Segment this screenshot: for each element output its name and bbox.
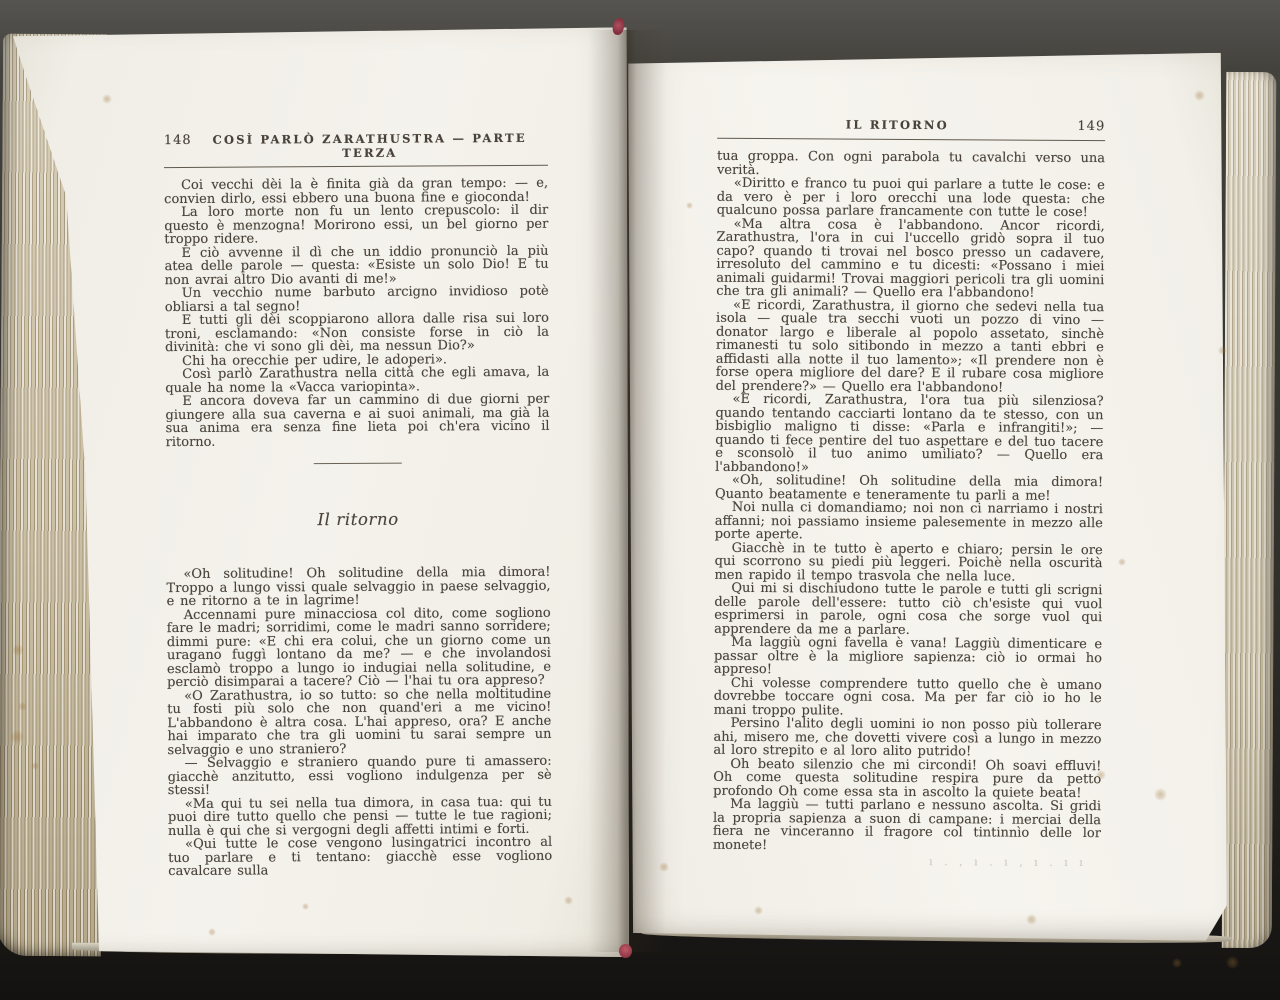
right-page: IL RITORNO 149 tua groppa. Con ogni para… [626,51,1229,941]
right-running-head: IL RITORNO 149 [717,117,1105,134]
section-divider-rule [314,463,402,465]
right-body: tua groppa. Con ogni parabola tu cavalch… [713,150,1105,854]
left-page-number: 148 [164,133,192,148]
paragraph: «Oh solitudine! Oh solitudine della mia … [166,566,550,609]
paragraph: tua groppa. Con ogni parabola tu cavalch… [717,150,1105,179]
paragraph: — Selvaggio e straniero quando pure ti a… [168,755,552,798]
paragraph: «E ricordi, Zarathustra, il giorno che s… [716,298,1105,395]
paragraph: Ma laggiù — tutti parlano e nessuno asco… [713,798,1101,854]
left-header-rule [164,165,548,168]
paragraph: E tutti gli dèi scoppiarono allora dalle… [165,312,549,355]
paragraph: «Qui tutte le cose vengono lusingatrici … [168,836,552,879]
paragraph: Noi nulla ci domandiamo; noi non ci narr… [715,501,1103,544]
paragraph: Chi volesse comprendere tutto quello che… [714,676,1102,719]
paragraph: La loro morte non fu un lento crepuscolo… [164,204,548,247]
foxing-spot [1172,958,1182,968]
paragraph: Oh beato silenzio che mi circondi! Oh so… [713,757,1101,800]
paragraph: Ma laggiù ogni favella è vana! Laggiù di… [714,636,1102,679]
right-page-edges [1222,72,1277,948]
right-page-content: IL RITORNO 149 tua groppa. Con ogni para… [713,117,1106,869]
paragraph: «Diritto e franco tu puoi qui parlare a … [717,177,1105,220]
left-page-content: 148 COSÌ PARLÒ ZARATHUSTRA — PARTE TERZA… [164,131,553,879]
paragraph: Giacchè in te tutto è aperto e chiaro; p… [714,541,1102,584]
right-page-number: 149 [1077,119,1105,134]
paragraph: Qui mi si dischiudono tutte le parole e … [714,582,1102,638]
paragraph: «E ricordi, Zarathustra, l'ora tua più s… [715,393,1103,476]
left-body-top: Coi vecchi dèi la è finita già da gran t… [164,177,550,449]
left-page: 148 COSÌ PARLÒ ZARATHUSTRA — PARTE TERZA… [7,27,629,959]
book-photo: 148 COSÌ PARLÒ ZARATHUSTRA — PARTE TERZA… [0,0,1280,1000]
paragraph: Persino l'alito degli uomini io non poss… [713,717,1101,760]
paragraph: E ciò avvenne il dì che un iddio pronunc… [164,244,548,287]
paragraph: «Ma qui tu sei nella tua dimora, in casa… [168,795,552,838]
foxing-spot [1226,956,1239,969]
paragraph: Coi vecchi dèi la è finita già da gran t… [164,177,548,206]
ink-bleed-marks: ı . , ı . ı , ı . ı ı [713,854,1101,869]
left-running-head: 148 COSÌ PARLÒ ZARATHUSTRA — PARTE TERZA [164,131,548,161]
section-title: Il ritorno [166,509,550,530]
paragraph: Così parlò Zarathustra nella città che e… [165,366,549,395]
paragraph: «O Zarathustra, io so tutto: so che nell… [167,687,551,757]
paragraph: «Ma altra cosa è l'abbandono. Ancor rico… [716,217,1104,300]
left-body-bottom: «Oh solitudine! Oh solitudine della mia … [166,566,552,879]
paragraph: «Oh, solitudine! Oh solitudine della mia… [715,474,1103,503]
right-header-rule [717,138,1105,141]
left-running-title: COSÌ PARLÒ ZARATHUSTRA — PARTE TERZA [192,131,548,161]
binding-thread-mark-bottom [619,944,632,958]
paragraph: Un vecchio nume barbuto arcigno invidios… [165,285,549,314]
paragraph: Accennami pure minacciosa col dito, come… [167,606,551,689]
right-running-title: IL RITORNO [717,117,1077,133]
paragraph: E ancora doveva far un cammino di due gi… [165,393,549,449]
